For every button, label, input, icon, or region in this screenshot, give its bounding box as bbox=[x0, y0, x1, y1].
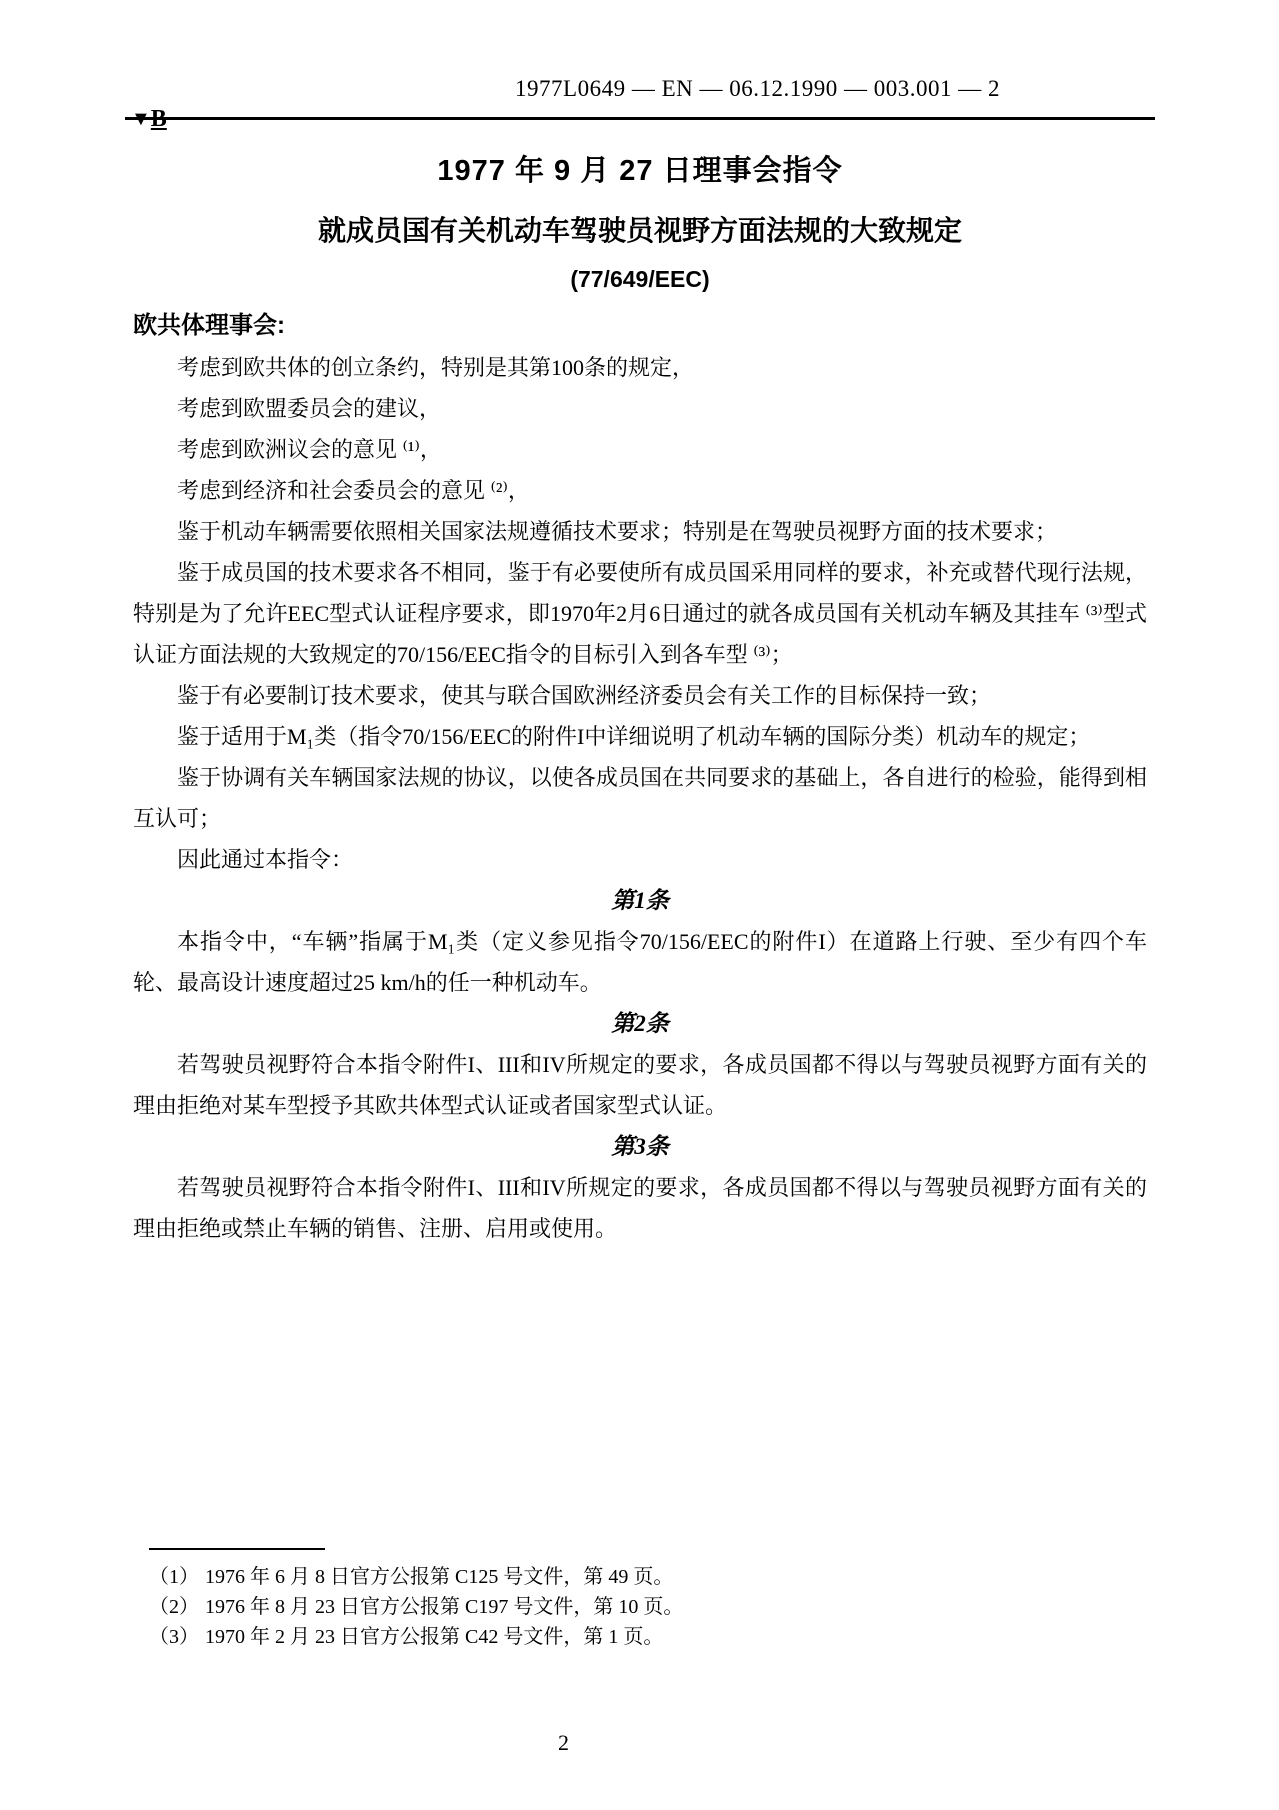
preamble-opening: 欧共体理事会: bbox=[133, 311, 1147, 341]
document-page: 1977L0649 — EN — 06.12.1990 — 003.001 — … bbox=[0, 0, 1279, 1810]
footnote-block: （1） 1976 年 6 月 8 日官方公报第 C125 号文件，第 49 页。… bbox=[133, 1548, 1147, 1652]
directive-number: (77/649/EEC) bbox=[133, 266, 1147, 293]
article-heading: 第3条 bbox=[133, 1126, 1147, 1167]
recital-list: 考虑到欧共体的创立条约，特别是其第100条的规定， 考虑到欧盟委员会的建议， 考… bbox=[133, 347, 1147, 839]
article-list: 第1条 本指令中，“车辆”指属于M₁类（定义参见指令70/156/EEC的附件I… bbox=[133, 880, 1147, 1249]
footnote-text: 1976 年 8 月 23 日官方公报第 C197 号文件，第 10 页。 bbox=[205, 1592, 1147, 1622]
footnote-marker: （3） bbox=[133, 1622, 205, 1652]
article-text: 若驾驶员视野符合本指令附件I、III和IV所规定的要求，各成员国都不得以与驾驶员… bbox=[133, 1167, 1147, 1249]
article: 第2条 若驾驶员视野符合本指令附件I、III和IV所规定的要求，各成员国都不得以… bbox=[133, 1003, 1147, 1126]
footnote: （3） 1970 年 2 月 23 日官方公报第 C42 号文件，第 1 页。 bbox=[133, 1622, 1147, 1652]
footnote-text: 1970 年 2 月 23 日官方公报第 C42 号文件，第 1 页。 bbox=[205, 1622, 1147, 1652]
footnote-text: 1976 年 6 月 8 日官方公报第 C125 号文件，第 49 页。 bbox=[205, 1562, 1147, 1592]
article: 第1条 本指令中，“车辆”指属于M₁类（定义参见指令70/156/EEC的附件I… bbox=[133, 880, 1147, 1003]
header-reference: 1977L0649 — EN — 06.12.1990 — 003.001 — … bbox=[515, 76, 1000, 102]
footnote-marker: （2） bbox=[133, 1592, 205, 1622]
recital-paragraph: 考虑到经济和社会委员会的意见 ⁽²⁾， bbox=[133, 470, 1147, 511]
recital-paragraph: 鉴于机动车辆需要依照相关国家法规遵循技术要求；特别是在驾驶员视野方面的技术要求； bbox=[133, 511, 1147, 552]
directive-subtitle: 就成员国有关机动车驾驶员视野方面法规的大致规定 bbox=[133, 213, 1147, 248]
footnote-separator-rule bbox=[149, 1548, 325, 1550]
recital-paragraph: 鉴于成员国的技术要求各不相同，鉴于有必要使所有成员国采用同样的要求，补充或替代现… bbox=[133, 552, 1147, 675]
header-rule bbox=[125, 117, 1155, 120]
recital-paragraph: 鉴于有必要制订技术要求，使其与联合国欧洲经济委员会有关工作的目标保持一致； bbox=[133, 675, 1147, 716]
footnote-list: （1） 1976 年 6 月 8 日官方公报第 C125 号文件，第 49 页。… bbox=[133, 1562, 1147, 1652]
footnote: （1） 1976 年 6 月 8 日官方公报第 C125 号文件，第 49 页。 bbox=[133, 1562, 1147, 1592]
recital-paragraph: 鉴于协调有关车辆国家法规的协议，以使各成员国在共同要求的基础上，各自进行的检验，… bbox=[133, 757, 1147, 839]
recital-paragraph: 鉴于适用于M₁类（指令70/156/EEC的附件I中详细说明了机动车辆的国际分类… bbox=[133, 716, 1147, 757]
article-text: 若驾驶员视野符合本指令附件I、III和IV所规定的要求，各成员国都不得以与驾驶员… bbox=[133, 1044, 1147, 1126]
article-text: 本指令中，“车辆”指属于M₁类（定义参见指令70/156/EEC的附件I）在道路… bbox=[133, 921, 1147, 1003]
recital-paragraph: 考虑到欧洲议会的意见 ⁽¹⁾， bbox=[133, 429, 1147, 470]
recital-paragraph: 考虑到欧盟委员会的建议， bbox=[133, 388, 1147, 429]
document-body: 1977 年 9 月 27 日理事会指令 就成员国有关机动车驾驶员视野方面法规的… bbox=[133, 142, 1147, 1249]
footnote: （2） 1976 年 8 月 23 日官方公报第 C197 号文件，第 10 页… bbox=[133, 1592, 1147, 1622]
article: 第3条 若驾驶员视野符合本指令附件I、III和IV所规定的要求，各成员国都不得以… bbox=[133, 1126, 1147, 1249]
directive-title: 1977 年 9 月 27 日理事会指令 bbox=[133, 154, 1147, 189]
article-heading: 第2条 bbox=[133, 1003, 1147, 1044]
revision-marker-letter: B bbox=[151, 106, 167, 132]
triangle-down-icon: ▼ bbox=[131, 108, 151, 130]
recital-paragraph: 考虑到欧共体的创立条约，特别是其第100条的规定， bbox=[133, 347, 1147, 388]
page-number: 2 bbox=[558, 1730, 569, 1756]
article-heading: 第1条 bbox=[133, 880, 1147, 921]
revision-marker: ▼B bbox=[131, 106, 167, 133]
enacting-formula: 因此通过本指令： bbox=[133, 839, 1147, 880]
footnote-marker: （1） bbox=[133, 1562, 205, 1592]
